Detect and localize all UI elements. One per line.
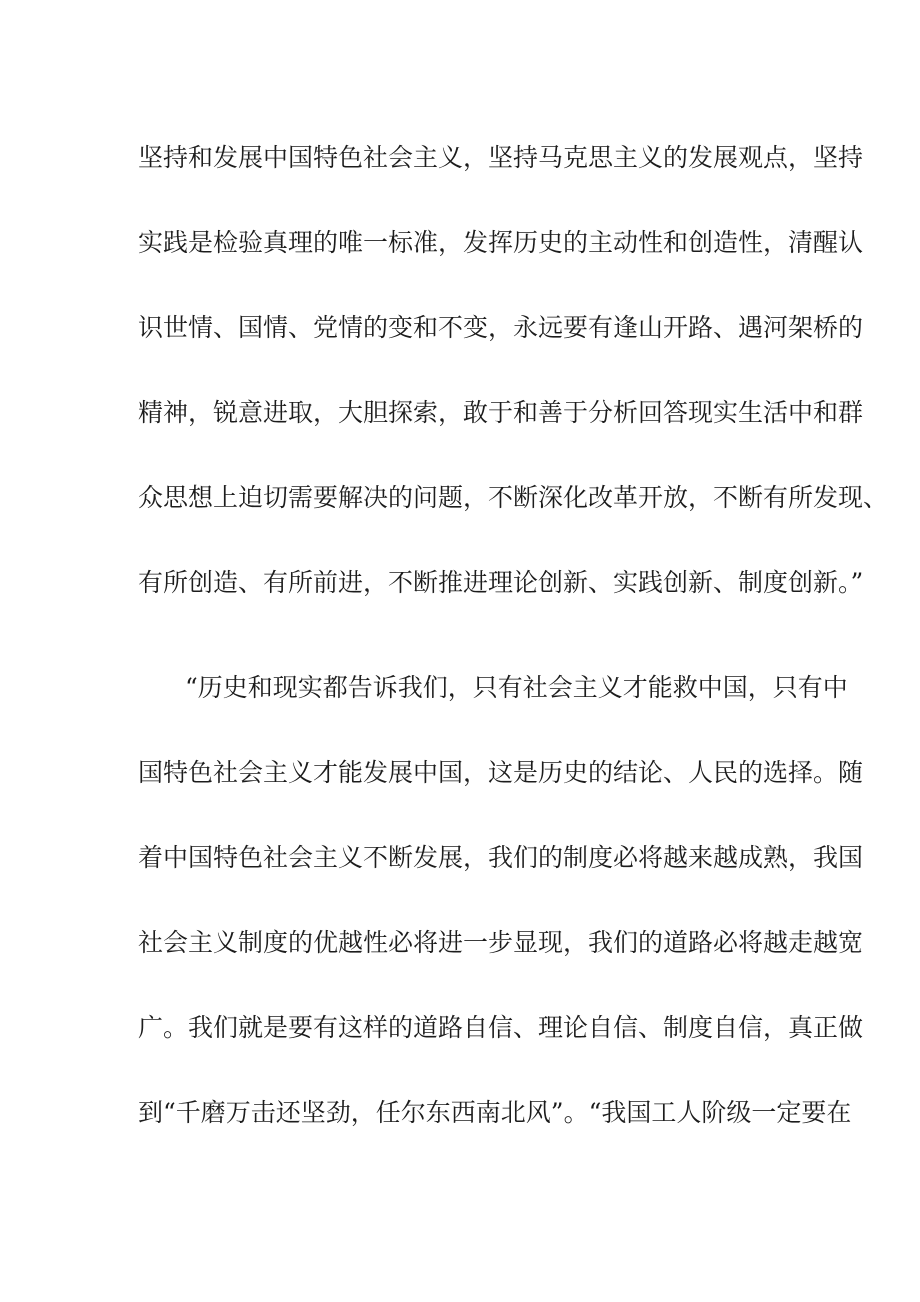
text-line: 识世情、国情、党情的变和不变，永远要有逢山开路、遇河架桥的 <box>138 285 768 370</box>
text-line: 国特色社会主义才能发展中国，这是历史的结论、人民的选择。随 <box>138 730 768 815</box>
text-line: 到“千磨万击还坚劲，任尔东西南北风”。“我国工人阶级一定要在 <box>138 1070 768 1155</box>
paragraph-continuation: 坚持和发展中国特色社会主义，坚持马克思主义的发展观点，坚持 实践是检验真理的唯一… <box>138 115 768 625</box>
text-line: 有所创造、有所前进，不断推进理论创新、实践创新、制度创新。” <box>138 540 768 625</box>
text-line: 精神，锐意进取，大胆探索，敢于和善于分析回答现实生活中和群 <box>138 370 768 455</box>
text-line: 坚持和发展中国特色社会主义，坚持马克思主义的发展观点，坚持 <box>138 115 768 200</box>
text-line: 着中国特色社会主义不断发展，我们的制度必将越来越成熟，我国 <box>138 815 768 900</box>
paragraph-quote: “历史和现实都告诉我们，只有社会主义才能救中国，只有中 国特色社会主义才能发展中… <box>138 645 768 1155</box>
document-page: 坚持和发展中国特色社会主义，坚持马克思主义的发展观点，坚持 实践是检验真理的唯一… <box>0 0 920 1302</box>
text-line: “历史和现实都告诉我们，只有社会主义才能救中国，只有中 <box>138 645 768 730</box>
text-line: 众思想上迫切需要解决的问题，不断深化改革开放，不断有所发现、 <box>138 455 768 540</box>
text-line: 社会主义制度的优越性必将进一步显现，我们的道路必将越走越宽 <box>138 900 768 985</box>
text-line: 广。我们就是要有这样的道路自信、理论自信、制度自信，真正做 <box>138 985 768 1070</box>
text-line: 实践是检验真理的唯一标准，发挥历史的主动性和创造性，清醒认 <box>138 200 768 285</box>
